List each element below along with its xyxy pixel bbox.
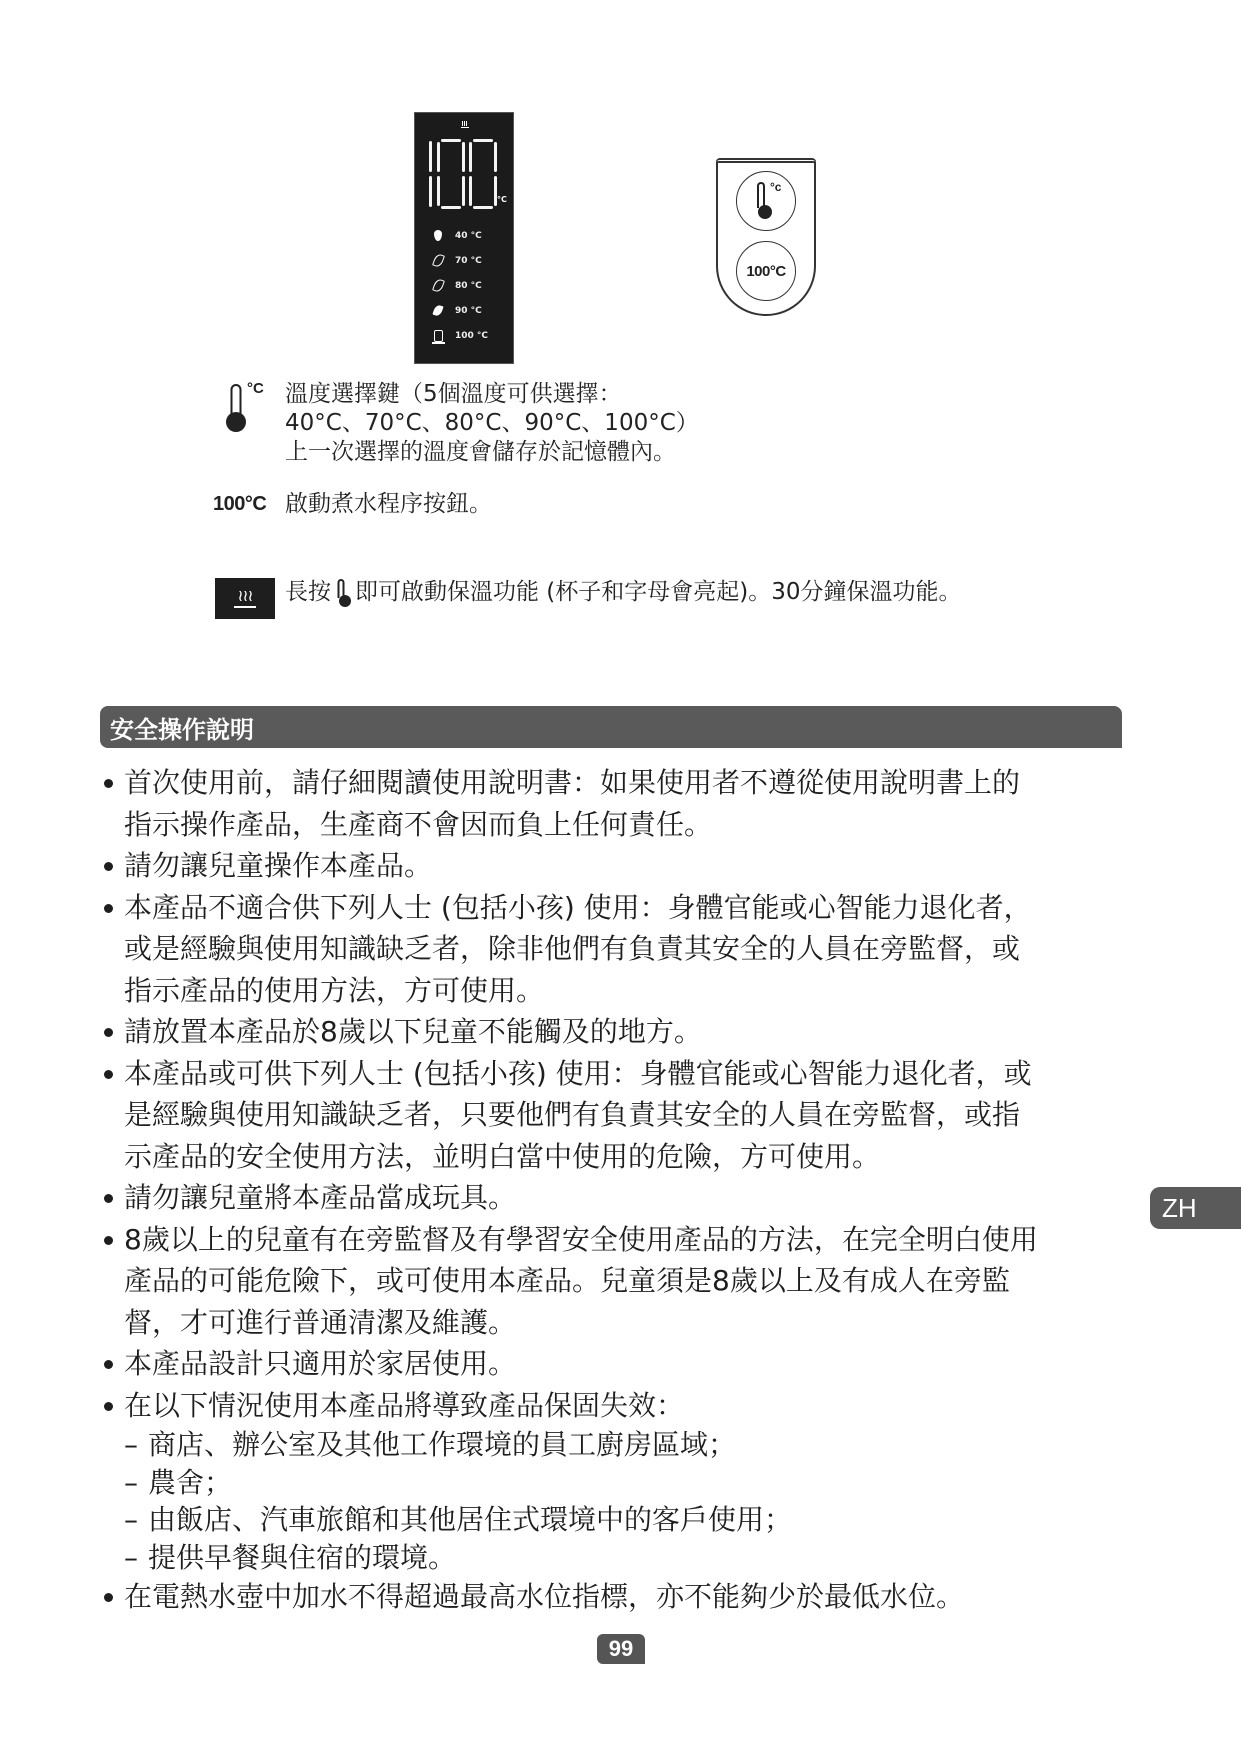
kettle-handle-controls: °c 100°C <box>716 158 816 316</box>
temperature-label: 40 °C <box>455 231 482 241</box>
dash-icon: – <box>124 1426 138 1464</box>
bullet-icon <box>104 1070 113 1079</box>
thermometer-icon: °c <box>749 182 783 220</box>
dash-icon: – <box>124 1464 138 1502</box>
sub-list-item: – 農舍； <box>100 1464 1140 1502</box>
bullet-icon <box>104 1360 113 1369</box>
temperature-key-description: 溫度選擇鍵（5個溫度可供選擇： 40°C、70°C、80°C、90°C、100°… <box>285 380 699 467</box>
keep-warm-indicator-icon <box>461 121 469 128</box>
kettle-display-panel: °C 40 °C 70 °C 80 °C 90 °C 100 °C <box>414 112 514 364</box>
bullet-icon <box>104 779 113 788</box>
language-tab: ZH <box>1150 1187 1241 1229</box>
leaf-outline-icon <box>431 279 445 293</box>
dash-icon: – <box>124 1539 138 1577</box>
sub-list-item: – 由飯店、汽車旅館和其他居住式環境中的客戶使用； <box>100 1501 1140 1539</box>
water-drop-icon <box>431 229 445 243</box>
list-item: 8歲以上的兒童有在旁監督及有學習安全使用產品的方法，在完全明白使用 產品的可能危… <box>100 1219 1140 1344</box>
boil-key-label: 100°C <box>213 493 266 516</box>
bullet-icon <box>104 1236 113 1245</box>
dash-icon: – <box>124 1501 138 1539</box>
boil-key-description: 啟動煮水程序按鈕。 <box>285 490 492 519</box>
thermometer-icon <box>337 579 353 607</box>
bullet-icon <box>104 1028 113 1037</box>
keep-warm-description: 長按 即可啟動保溫功能 (杯子和字母會亮起)。30分鐘保溫功能。 <box>285 578 962 607</box>
temperature-indicator-list: 40 °C 70 °C 80 °C 90 °C 100 °C <box>431 223 509 348</box>
kettle-icon <box>431 329 445 343</box>
list-item: 本產品不適合供下列人士 (包括小孩) 使用：身體官能或心智能力退化者， 或是經驗… <box>100 887 1140 1012</box>
bullet-icon <box>104 1402 113 1411</box>
list-item: 在以下情況使用本產品將導致產品保固失效： <box>100 1385 1140 1427</box>
digit-1 <box>427 139 437 209</box>
temperature-indicator: 70 °C <box>431 248 509 273</box>
list-item: 請勿讓兒童將本產品當成玩具。 <box>100 1177 1140 1219</box>
temperature-label: 70 °C <box>455 256 482 266</box>
safety-instructions-list: 首次使用前，請仔細閱讀使用說明書：如果使用者不遵從使用說明書上的 指示操作產品，… <box>100 762 1140 1618</box>
temperature-select-button[interactable]: °c <box>736 171 796 231</box>
temperature-label: 100 °C <box>455 331 488 341</box>
digit-0 <box>437 139 465 209</box>
list-item: 本產品設計只適用於家居使用。 <box>100 1343 1140 1385</box>
list-item: 本產品或可供下列人士 (包括小孩) 使用：身體官能或心智能力退化者，或 是經驗與… <box>100 1053 1140 1178</box>
leaf-solid-icon <box>431 304 445 318</box>
bullet-icon <box>104 904 113 913</box>
list-item: 首次使用前，請仔細閱讀使用說明書：如果使用者不遵從使用說明書上的 指示操作產品，… <box>100 762 1140 845</box>
digit-0 <box>469 139 497 209</box>
bullet-icon <box>104 1593 113 1602</box>
temperature-indicator: 90 °C <box>431 298 509 323</box>
temperature-label: 90 °C <box>455 306 482 316</box>
temperature-key-icon: °C <box>226 384 266 432</box>
leaf-outline-icon <box>431 254 445 268</box>
section-title: 安全操作說明 <box>100 706 1122 748</box>
temperature-indicator: 40 °C <box>431 223 509 248</box>
keep-warm-icon: ≀≀≀ <box>215 578 275 619</box>
list-item: 請勿讓兒童操作本產品。 <box>100 845 1140 887</box>
display-unit: °C <box>497 195 507 204</box>
list-item: 在電熱水壺中加水不得超過最高水位指標，亦不能夠少於最低水位。 <box>100 1576 1140 1618</box>
seven-segment-display <box>427 139 497 209</box>
temperature-indicator: 100 °C <box>431 323 509 348</box>
page-number: 99 <box>597 1634 645 1664</box>
bullet-icon <box>104 1194 113 1203</box>
boil-button[interactable]: 100°C <box>736 241 796 301</box>
bullet-icon <box>104 862 113 871</box>
sub-list-item: – 提供早餐與住宿的環境。 <box>100 1539 1140 1577</box>
temperature-label: 80 °C <box>455 281 482 291</box>
temperature-indicator: 80 °C <box>431 273 509 298</box>
sub-list-item: – 商店、辦公室及其他工作環境的員工廚房區域； <box>100 1426 1140 1464</box>
thermometer-icon: °C <box>226 384 266 432</box>
list-item: 請放置本產品於8歲以下兒童不能觸及的地方。 <box>100 1011 1140 1053</box>
